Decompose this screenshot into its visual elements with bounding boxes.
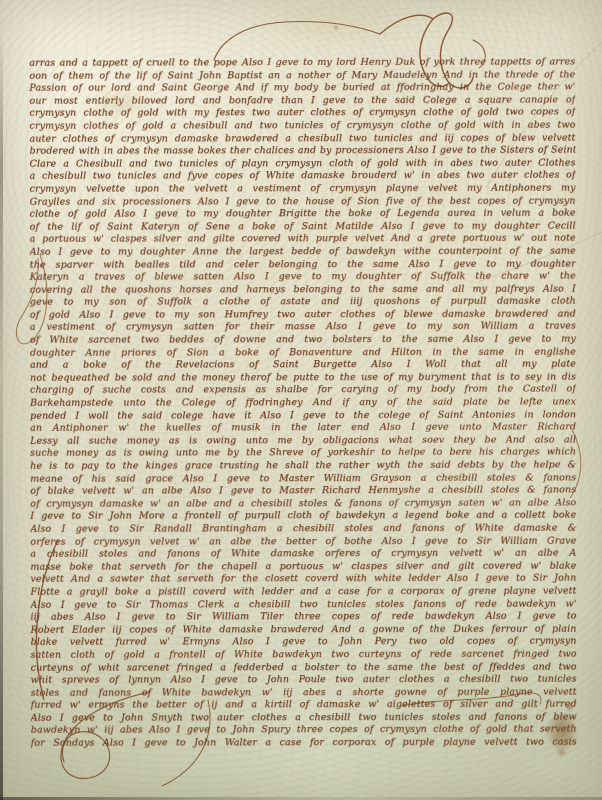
manuscript-line: pended I woll the said colege have it Al…: [30, 409, 576, 423]
manuscript-line: an Antiphoner w' the kuelles of musik in…: [30, 422, 576, 436]
manuscript-line: iij abes Also I geve to Sir William Tile…: [30, 611, 576, 625]
manuscript-line: of gold Also I geve to my son Humfrey tw…: [30, 308, 576, 322]
manuscript-line: a chesibull two tunicles and fyve copes …: [30, 170, 576, 184]
manuscript-line: of blake velvett w' an albe Also I geve …: [30, 485, 576, 499]
manuscript-line: oon of them of the lif of Saint John Bap…: [29, 69, 575, 83]
manuscript-line: brodered with in abes the masse bokes th…: [29, 145, 575, 159]
manuscript-line: bawdekyn w' iij abes Also I geve to John…: [31, 724, 577, 738]
manuscript-text: arras and a tappett of cruell to the pop…: [29, 56, 576, 750]
manuscript-line: Lessy all suche money as is owing unto m…: [30, 434, 576, 448]
ink-stain: [556, 748, 567, 757]
manuscript-line: a vestiment of crymysyn satten for their…: [30, 321, 576, 335]
manuscript-line: masse boke that serveth for the chapell …: [30, 560, 576, 574]
top-flourish-icon: [214, 22, 380, 61]
manuscript-line: a portuous w' claspes silver and gilte c…: [30, 233, 576, 247]
manuscript-line: he is to pay to the kinges grace trustin…: [30, 459, 576, 473]
manuscript-line: of crymysyn damaske w' an albe and a che…: [30, 497, 576, 511]
manuscript-line: stoles and fanons of White bawdekyn w' i…: [31, 686, 577, 700]
manuscript-line: curteyns of whit sarcenet fringed a fedd…: [31, 661, 577, 675]
manuscript-line: arras and a tappett of cruell to the pop…: [29, 56, 575, 70]
manuscript-line: Clare a Chesibull and two tunicles of pl…: [29, 157, 575, 171]
manuscript-line: Robert Elader iij copes of White damaske…: [30, 623, 576, 637]
manuscript-line: velvett And a sawter that serveth for th…: [30, 573, 576, 587]
manuscript-line: and a boke of the Revelacions of Saint B…: [30, 359, 576, 373]
manuscript-line: doughter Anne priores of Sion a boke of …: [30, 346, 576, 360]
manuscript-line: whit spreves of lynnyn Also I geve to Jo…: [31, 674, 577, 688]
manuscript-line: covering all the quoshons horses and har…: [30, 283, 576, 297]
scan-edge-left: [0, 28, 3, 800]
manuscript-line: geve to my son of Suffolk a clothe of as…: [30, 296, 576, 310]
manuscript-line: Flotte a grayll boke a pistill coverd wi…: [30, 585, 576, 599]
manuscript-line: Also I geve to Sir Randall Brantingham a…: [30, 522, 576, 536]
ink-speck: [333, 25, 339, 30]
manuscript-line: blake velvett furred w' Ermyns Also I ge…: [30, 636, 576, 650]
manuscript-line: our most entierly biloved lord and bonfa…: [29, 94, 575, 108]
manuscript-line: for Sondays Also I geve to John Walter a…: [31, 736, 577, 750]
manuscript-line: Barkehampstede unto the Colege of ffodri…: [30, 396, 576, 410]
parchment-discoloration: [250, 4, 410, 44]
manuscript-line: Also I geve to my doughter Anne the larg…: [30, 245, 576, 259]
manuscript-line: of White sarcenet two beddes of downe an…: [30, 333, 576, 347]
manuscript-page: arras and a tappett of cruell to the pop…: [0, 0, 602, 800]
manuscript-line: not bequeathed be sold and the money the…: [30, 371, 576, 385]
manuscript-line: a chesibill stoles and fanons of White d…: [30, 548, 576, 562]
manuscript-line: Also I geve to Sir Thomas Clerk a chesib…: [30, 598, 576, 612]
manuscript-line: the sparver with bealles tild and celer …: [30, 258, 576, 272]
manuscript-line: auter clothes of crymysyn damaske brawde…: [29, 132, 575, 146]
manuscript-line: crymysyn velvette upon the velvett a ves…: [30, 182, 576, 196]
manuscript-line: Also I geve to John Smyth two auter clot…: [31, 711, 577, 725]
manuscript-line: Passion of our lord and Saint George And…: [29, 82, 575, 96]
manuscript-line: furred w' ermyns the better of ij and a …: [31, 699, 577, 713]
manuscript-line: I geve to Sir John More a frontell of pu…: [30, 510, 576, 524]
manuscript-line: meane of his said grace Also I geve to M…: [30, 472, 576, 486]
manuscript-line: clothe of gold Also I geve to my doughte…: [30, 208, 576, 222]
manuscript-line: crymysyn clothe of gold with my festes t…: [29, 107, 575, 121]
manuscript-line: of the lif of Saint Kateryn of Sene a bo…: [30, 220, 576, 234]
manuscript-line: Kateryn a traves of blewe satten Also I …: [30, 271, 576, 285]
manuscript-line: Graylles and six processioners Also I ge…: [30, 195, 576, 209]
manuscript-line: suche money as is owing unto me by the S…: [30, 447, 576, 461]
manuscript-line: orferes of crymysyn velvet w' an albe th…: [30, 535, 576, 549]
manuscript-line: charging of suche costs and expensis as …: [30, 384, 576, 398]
manuscript-line: satten cloth of gold a frontell of White…: [31, 648, 577, 662]
manuscript-line: crymysyn clothes of gold a chesibull and…: [29, 119, 575, 133]
